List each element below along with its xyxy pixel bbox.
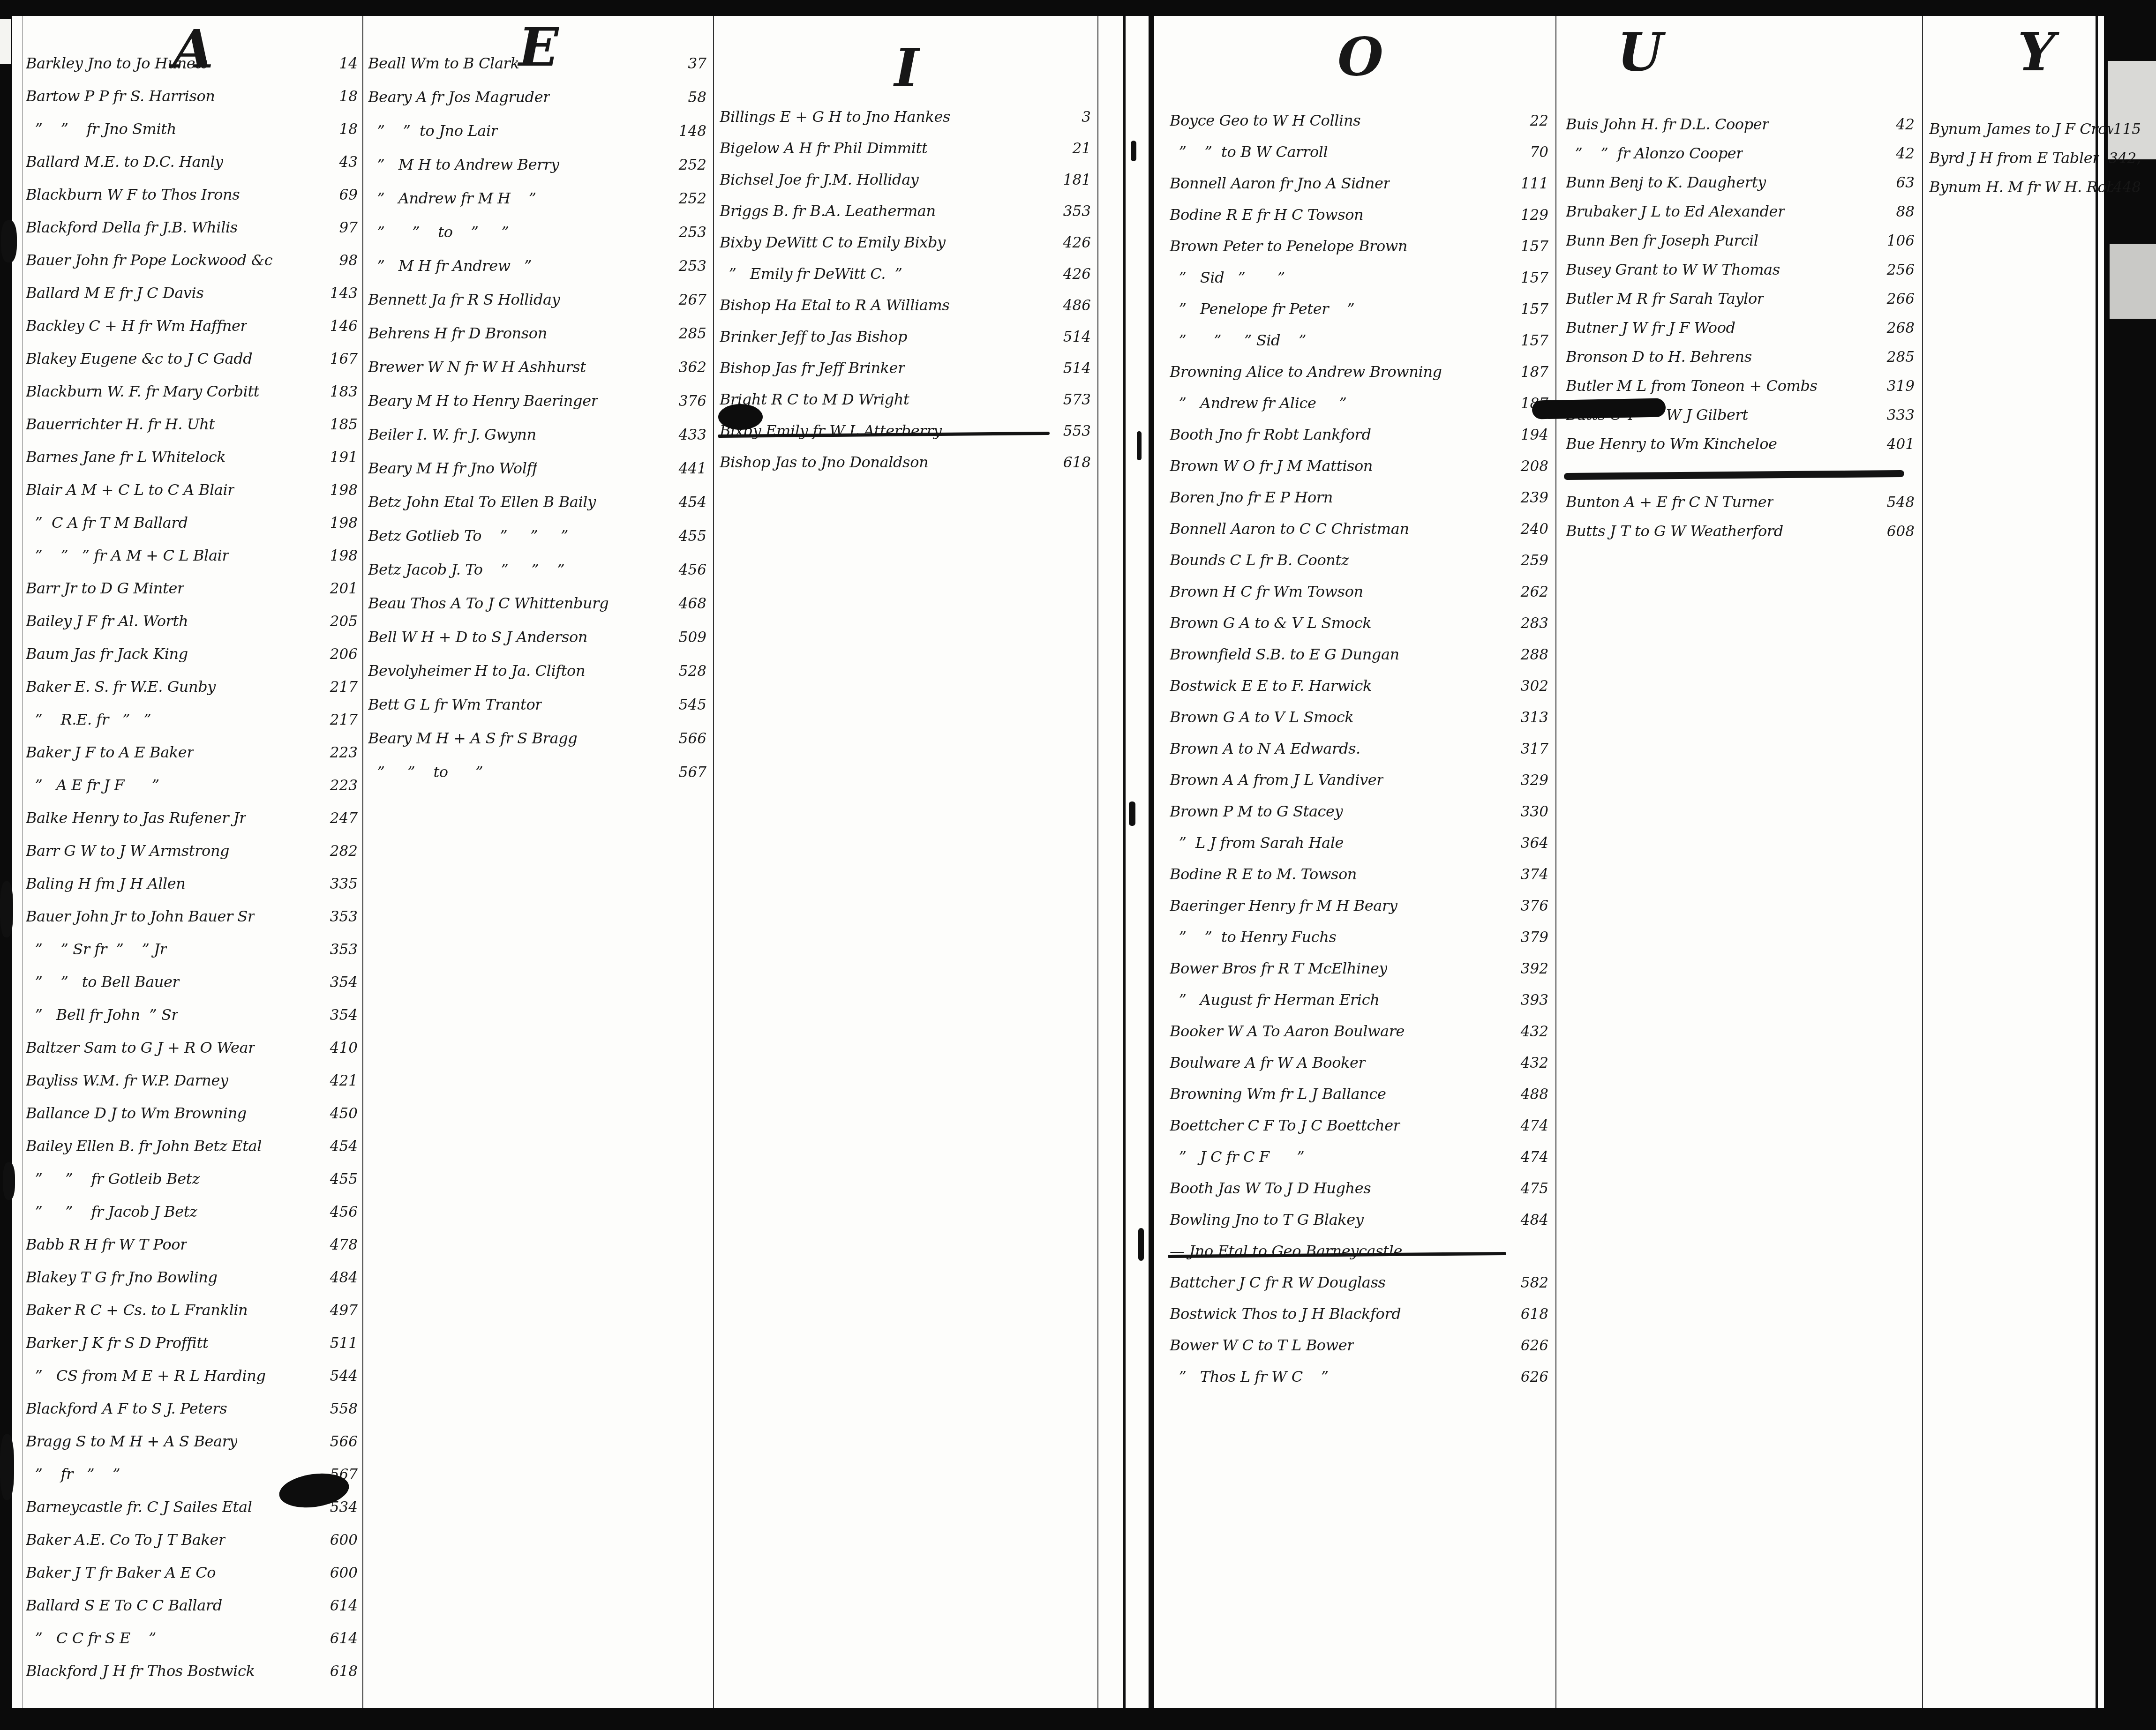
entry-page-number: 181 (1063, 172, 1095, 188)
entry-page-number: 183 (330, 383, 361, 400)
entry-page-number: 143 (330, 285, 361, 302)
entry-page-number: 478 (330, 1236, 361, 1253)
column-header-letter-u: U (1566, 22, 1970, 83)
gutter-speck (1131, 141, 1136, 161)
entry-text: Beary M H + A S fr S Bragg (368, 729, 577, 747)
entry-text: ” A E fr J F ” (26, 776, 159, 794)
index-entry: ” M H to Andrew Berry252 (368, 149, 710, 183)
entry-text: Betz John Etal To Ellen B Baily (368, 493, 596, 511)
entry-page-number: 283 (1521, 615, 1552, 632)
entry-text: Brown G A to V L Smock (1170, 708, 1353, 726)
entry-text: Beary M H to Henry Baeringer (368, 392, 598, 410)
entry-text: Beiler I. W. fr J. Gwynn (368, 426, 536, 443)
entry-page-number: 256 (1887, 262, 1918, 278)
entry-page-number: 626 (1521, 1337, 1552, 1354)
index-entry: ” ” to B W Carroll70 (1170, 136, 1552, 168)
entry-page-number: 198 (330, 482, 361, 499)
entry-page-number: 206 (330, 646, 361, 663)
index-entry: Bower W C to T L Bower626 (1170, 1330, 1552, 1361)
index-entry: Blackford A F to S J. Peters558 (26, 1393, 361, 1426)
index-entry: Booth Jas W To J D Hughes475 (1170, 1173, 1552, 1204)
index-entry: Baeringer Henry fr M H Beary376 (1170, 890, 1552, 921)
index-entry: Baker R C + Cs. to L Franklin497 (26, 1295, 361, 1327)
index-entry: Boyce Geo to W H Collins22 (1170, 105, 1552, 136)
entry-text: Blakey Eugene &c to J C Gadd (26, 350, 252, 367)
entry-page-number: 433 (679, 427, 710, 443)
scan-border-bottom (0, 1708, 2156, 1730)
entry-page-number: 468 (679, 595, 710, 612)
entry-text: ” C A fr T M Ballard (26, 514, 188, 532)
index-entry: Beary A fr Jos Magruder58 (368, 82, 710, 115)
entry-page-number: 614 (330, 1597, 361, 1614)
book-gutter-line (1149, 16, 1154, 1708)
index-entry: Blackburn W. F. fr Mary Corbitt183 (26, 376, 361, 409)
index-entry: Bigelow A H fr Phil Dimmitt21 (720, 133, 1095, 164)
index-entry: Boettcher C F To J C Boettcher474 (1170, 1110, 1552, 1141)
index-entry: Beary M H + A S fr S Bragg566 (368, 723, 710, 756)
index-entry: Blackburn W F to Thos Irons69 (26, 179, 361, 212)
entry-text: ” C C fr S E ” (26, 1629, 156, 1647)
entry-page-number: 362 (679, 359, 710, 376)
entry-page-number: 432 (1521, 1023, 1552, 1040)
index-entry: Betz Gotlieb To ” ” ”455 (368, 520, 710, 554)
entry-page-number: 618 (1521, 1306, 1552, 1323)
entry-text: Bostwick Thos to J H Blackford (1170, 1305, 1401, 1323)
entry-page-number: 194 (1521, 427, 1552, 443)
entry-page-number: 129 (1521, 207, 1552, 224)
index-entry: ” ” fr Jacob J Betz456 (26, 1196, 361, 1229)
entry-list: Boyce Geo to W H Collins22 ” ” to B W Ca… (1170, 105, 1552, 1393)
entry-text: Bigelow A H fr Phil Dimmitt (720, 139, 927, 157)
index-entry: Bishop Jas to Jno Donaldson618 (720, 447, 1095, 478)
index-entry: Buis John H. fr D.L. Cooper42 (1566, 109, 1918, 138)
entry-text: ” L J from Sarah Hale (1170, 834, 1344, 852)
entry-page-number: 319 (1887, 378, 1918, 395)
entry-page-number: 545 (679, 696, 710, 713)
entry-page-number: 313 (1521, 709, 1552, 726)
entry-page-number: 106 (1887, 232, 1918, 249)
index-entry: Baker A.E. Co To J T Baker600 (26, 1524, 361, 1557)
entry-page-number: 18 (339, 88, 361, 105)
entry-text: ” ” Sr fr ” ” Jr (26, 940, 167, 958)
entry-text: Billings E + G H to Jno Hankes (720, 108, 950, 126)
entry-text: ” ” ” Sid ” (1170, 331, 1306, 349)
entry-page-number: 253 (679, 224, 710, 241)
column-rule-line (1922, 16, 1923, 1708)
entry-text: Bayliss W.M. fr W.P. Darney (26, 1071, 228, 1089)
entry-page-number: 285 (1887, 349, 1918, 366)
entry-page-number: 474 (1521, 1149, 1552, 1166)
entry-page-number: 14 (339, 55, 361, 72)
entry-page-number: 475 (1521, 1180, 1552, 1197)
entry-page-number: 454 (330, 1138, 361, 1155)
entry-text: ” Penelope fr Peter ” (1170, 300, 1354, 318)
entry-page-number: 42 (1896, 145, 1918, 162)
entry-text: Baker J T fr Baker A E Co (26, 1564, 216, 1581)
entry-text: Bynum H. M fr W H. Roberts (1929, 178, 2113, 196)
index-entry: ” Thos L fr W C ”626 (1170, 1361, 1552, 1393)
index-entry: Bunn Ben fr Joseph Purcil106 (1566, 225, 1918, 254)
entry-page-number: 157 (1521, 332, 1552, 349)
entry-text: Bronson D to H. Behrens (1566, 348, 1752, 366)
index-entry: Baker E. S. fr W.E. Gunby217 (26, 671, 361, 704)
index-entry: ” C C fr S E ”614 (26, 1623, 361, 1655)
entry-text: Busey Grant to W W Thomas (1566, 261, 1780, 278)
index-entry: Beary M H to Henry Baeringer376 (368, 385, 710, 419)
edge-speck (1, 220, 17, 262)
index-entry: ” C A fr T M Ballard198 (26, 507, 361, 540)
entry-page-number: 514 (1063, 329, 1095, 345)
index-entry: Bonnell Aaron to C C Christman240 (1170, 513, 1552, 545)
index-entry: Byrd J H from E Tabler342, (1929, 142, 2145, 172)
index-entry: Bishop Ha Etal to R A Williams486 (720, 290, 1095, 321)
entry-text: Bonnell Aaron fr Jno A Sidner (1170, 174, 1390, 192)
column-bi: I Billings E + G H to Jno Hankes3Bigelow… (720, 16, 1095, 1708)
index-entry: Butler M L from Toneon + Combs319 (1566, 370, 1918, 399)
entry-text: Brown G A to & V L Smock (1170, 614, 1371, 632)
entry-text: Baum Jas fr Jack King (26, 645, 188, 663)
index-entry: Bynum H. M fr W H. Roberts448 (1929, 172, 2145, 201)
entry-text: Backley C + H fr Wm Haffner (26, 317, 247, 335)
entry-page-number: 191 (330, 449, 361, 466)
entry-page-number: 115 (2113, 121, 2145, 138)
entry-page-number: 217 (330, 711, 361, 728)
entry-text: ” J C fr C F ” (1170, 1148, 1304, 1166)
entry-text: Bishop Jas to Jno Donaldson (720, 453, 928, 471)
index-entry: ” ” fr Alonzo Cooper42 (1566, 138, 1918, 167)
entry-page-number: 239 (1521, 489, 1552, 506)
entry-page-number: 608 (1887, 523, 1918, 540)
index-entry: Brown A A from J L Vandiver329 (1170, 764, 1552, 796)
entry-text: Blair A M + C L to C A Blair (26, 481, 234, 499)
index-entry: Browning Alice to Andrew Browning187 (1170, 356, 1552, 388)
entry-page-number: 157 (1521, 238, 1552, 255)
book-gutter-line (1123, 16, 1126, 1708)
index-entry: — Jno Etal to Geo Barneycastle (1170, 1236, 1552, 1267)
index-entry: Brewer W N fr W H Ashhurst362 (368, 352, 710, 385)
entry-text: Betz Jacob J. To ” ” ” (368, 561, 564, 578)
index-entry: Bichsel Joe fr J.M. Holliday181 (720, 164, 1095, 195)
index-entry: Busey Grant to W W Thomas256 (1566, 254, 1918, 283)
index-entry: Butner J W fr J F Wood268 (1566, 312, 1918, 341)
entry-page-number: 88 (1896, 203, 1918, 220)
entry-text: ” ” fr Jno Smith (26, 120, 176, 138)
entry-page-number: 528 (679, 663, 710, 680)
entry-text: Ballance D J to Wm Browning (26, 1104, 247, 1122)
entry-page-number: 185 (330, 416, 361, 433)
entry-page-number: 410 (330, 1040, 361, 1056)
entry-page-number: 111 (1521, 175, 1552, 192)
column-header-letter-y: Y (1929, 22, 2145, 83)
entry-page-number: 573 (1063, 391, 1095, 408)
entry-text: ” CS from M E + R L Harding (26, 1367, 266, 1385)
entry-text: Brown W O fr J M Mattison (1170, 457, 1373, 475)
entry-text: Baker E. S. fr W.E. Gunby (26, 678, 216, 696)
entry-text: Briggs B. fr B.A. Leatherman (720, 202, 936, 220)
entry-page-number: 600 (330, 1532, 361, 1549)
entry-text: Butler M R fr Sarah Taylor (1566, 290, 1764, 307)
column-be: E Beall Wm to B Clark37Beary A fr Jos Ma… (368, 16, 710, 1708)
index-entry: Bevolyheimer H to Ja. Clifton528 (368, 655, 710, 689)
index-entry: Beiler I. W. fr J. Gwynn433 (368, 419, 710, 453)
index-entry: Bixby Emily fr W L Atterberry553 (720, 415, 1095, 447)
index-entry: Billings E + G H to Jno Hankes3 (720, 101, 1095, 133)
entry-text: Bennett Ja fr R S Holliday (368, 291, 560, 308)
entry-text: Browning Alice to Andrew Browning (1170, 363, 1442, 381)
entry-page-number: 614 (330, 1630, 361, 1647)
index-entry: Blackford Della fr J.B. Whilis97 (26, 212, 361, 245)
entry-text: Barker J K fr S D Proffitt (26, 1334, 208, 1352)
entry-page-number: 353 (1063, 203, 1095, 220)
column-rule-line (1097, 16, 1098, 1708)
entry-text: Brown H C fr Wm Towson (1170, 583, 1363, 600)
entry-page-number: 148 (679, 123, 710, 140)
entry-text: Bauerrichter H. fr H. Uht (26, 415, 215, 433)
index-entry (1566, 457, 1918, 487)
entry-text: Beary A fr Jos Magruder (368, 88, 550, 106)
entry-page-number: 98 (339, 252, 361, 269)
entry-page-number: 97 (339, 219, 361, 236)
index-entry: Baum Jas fr Jack King206 (26, 638, 361, 671)
entry-text: Bauer John Jr to John Bauer Sr (26, 907, 255, 925)
entry-text: ” ” to B W Carroll (1170, 143, 1328, 161)
entry-page-number: 456 (679, 562, 710, 578)
index-entry: Ballard S E To C C Ballard614 (26, 1590, 361, 1623)
scan-corner-notch (0, 19, 11, 64)
entry-text: Balke Henry to Jas Rufener Jr (26, 809, 246, 827)
entry-page-number: 558 (330, 1400, 361, 1417)
index-entry: Bell W H + D to S J Anderson509 (368, 622, 710, 655)
entry-text: Barnes Jane fr L Whitelock (26, 448, 225, 466)
entry-page-number: 247 (330, 810, 361, 827)
column-rule-line (713, 16, 714, 1708)
entry-text: ” Emily fr DeWitt C. ” (720, 265, 902, 283)
entry-text: Bowling Jno to T G Blakey (1170, 1211, 1364, 1228)
index-entry: Brown W O fr J M Mattison208 (1170, 450, 1552, 482)
entry-page-number: 379 (1521, 929, 1552, 946)
entry-page-number: 3 (1082, 109, 1095, 126)
index-entry: ” ” fr Jno Smith18 (26, 113, 361, 146)
index-entry: Betz John Etal To Ellen B Baily454 (368, 487, 710, 520)
index-entry: ” ” to ”567 (368, 756, 710, 790)
entry-text: ” ” to Bell Bauer (26, 973, 180, 991)
entry-page-number: 333 (1887, 407, 1918, 424)
entry-text: Bower W C to T L Bower (1170, 1336, 1354, 1354)
index-entry: ” Andrew fr Alice ”187 (1170, 388, 1552, 419)
column-header-letter-i: I (720, 37, 1095, 99)
index-entry: Bodine R E fr H C Towson129 (1170, 199, 1552, 231)
index-entry: Bauer John fr Pope Lockwood &c98 (26, 245, 361, 277)
index-entry: ” ” fr Gotleib Betz455 (26, 1163, 361, 1196)
entry-text: Blakey T G fr Jno Bowling (26, 1268, 218, 1286)
entry-page-number: 353 (330, 908, 361, 925)
index-entry: Bailey Ellen B. fr John Betz Etal454 (26, 1131, 361, 1163)
entry-text: ” Sid ” ” (1170, 269, 1285, 286)
entry-page-number: 252 (679, 157, 710, 173)
index-entry: Beary M H fr Jno Wolff441 (368, 453, 710, 487)
index-entry: Brown P M to G Stacey330 (1170, 796, 1552, 827)
entry-page-number: 567 (679, 764, 710, 781)
index-entry: Bauer John Jr to John Bauer Sr353 (26, 901, 361, 934)
entry-text: Ballard M E fr J C Davis (26, 284, 203, 302)
entry-page-number: 401 (1887, 436, 1918, 453)
index-entry: Brownfield S.B. to E G Dungan288 (1170, 639, 1552, 670)
entry-page-number: 253 (679, 258, 710, 275)
entry-text: Barr Jr to D G Minter (26, 579, 184, 597)
index-entry: Bounds C L fr B. Coontz259 (1170, 545, 1552, 576)
entry-text: Brubaker J L to Ed Alexander (1566, 202, 1785, 220)
entry-page-number: 223 (330, 777, 361, 794)
entry-page-number: 201 (330, 580, 361, 597)
entry-text: ” ” to ” (368, 763, 483, 781)
entry-text: ” ” to Henry Fuchs (1170, 928, 1337, 946)
entry-text: ” R.E. fr ” ” (26, 711, 151, 728)
index-entry: Bauerrichter H. fr H. Uht185 (26, 409, 361, 442)
entry-page-number: 450 (330, 1105, 361, 1122)
entry-text: Brownfield S.B. to E G Dungan (1170, 645, 1399, 663)
entry-text: Booker W A To Aaron Boulware (1170, 1022, 1405, 1040)
entry-page-number: 330 (1521, 803, 1552, 820)
entry-list: Billings E + G H to Jno Hankes3Bigelow A… (720, 101, 1095, 478)
entry-list: Barkley Jno to Jo Hunett14Bartow P P fr … (26, 48, 361, 1688)
index-entry: Baling H fm J H Allen335 (26, 868, 361, 901)
entry-text: Bevolyheimer H to Ja. Clifton (368, 662, 585, 680)
entry-page-number: 22 (1530, 112, 1552, 129)
column-ba: A Barkley Jno to Jo Hunett14Bartow P P f… (26, 16, 361, 1708)
entry-page-number: 484 (1521, 1212, 1552, 1228)
entry-text: ” Andrew fr M H ” (368, 189, 536, 207)
index-entry: Barkley Jno to Jo Hunett14 (26, 48, 361, 81)
entry-page-number: 582 (1521, 1274, 1552, 1291)
entry-text: Boyce Geo to W H Collins (1170, 112, 1360, 129)
index-entry: Bue Henry to Wm Kincheloe401 (1566, 428, 1918, 457)
entry-text: Blackford J H fr Thos Bostwick (26, 1662, 255, 1680)
index-entry: Bishop Jas fr Jeff Brinker514 (720, 352, 1095, 384)
entry-page-number: 198 (330, 547, 361, 564)
entry-page-number: 393 (1521, 992, 1552, 1009)
entry-text: ” Bell fr John ” Sr (26, 1006, 178, 1024)
entry-text: Bett G L fr Wm Trantor (368, 696, 542, 713)
entry-text: Bunn Ben fr Joseph Purcil (1566, 232, 1758, 249)
entry-text: Bailey Ellen B. fr John Betz Etal (26, 1137, 262, 1155)
entry-page-number: 208 (1521, 458, 1552, 475)
entry-text: Butler M L from Toneon + Combs (1566, 377, 1818, 395)
entry-text: ” fr ” ” (26, 1465, 120, 1483)
entry-text: Booth Jno fr Robt Lankford (1170, 426, 1371, 443)
column-bu: U Buis John H. fr D.L. Cooper42 ” ” fr A… (1566, 16, 1918, 1708)
index-entry: Battcher J C fr R W Douglass582 (1170, 1267, 1552, 1298)
entry-text: Brown P M to G Stacey (1170, 802, 1343, 820)
entry-text: Bodine R E fr H C Towson (1170, 206, 1363, 224)
index-entry: Blair A M + C L to C A Blair198 (26, 474, 361, 507)
index-entry: Ballance D J to Wm Browning450 (26, 1098, 361, 1131)
index-entry: Brubaker J L to Ed Alexander88 (1566, 196, 1918, 225)
index-entry: ” M H fr Andrew ”253 (368, 250, 710, 284)
margin-rule-line (23, 16, 23, 1708)
ink-smear (1532, 398, 1666, 419)
index-entry: Beau Thos A To J C Whittenburg468 (368, 588, 710, 622)
entry-text: Baker R C + Cs. to L Franklin (26, 1301, 248, 1319)
entry-page-number: 223 (330, 744, 361, 761)
entry-text: Ballard M.E. to D.C. Hanly (26, 153, 223, 171)
index-entry: Bright R C to M D Wright573 (720, 384, 1095, 415)
entry-text: Bailey J F fr Al. Worth (26, 612, 188, 630)
entry-page-number: 70 (1530, 144, 1552, 161)
entry-text: ” ” fr Alonzo Cooper (1566, 144, 1743, 162)
index-entry: Blakey T G fr Jno Bowling484 (26, 1262, 361, 1295)
entry-page-number: 262 (1521, 584, 1552, 600)
entry-text: Bauer John fr Pope Lockwood &c (26, 251, 272, 269)
entry-text: ” ” fr Gotleib Betz (26, 1170, 200, 1188)
index-entry: Bower Bros fr R T McElhiney392 (1170, 953, 1552, 984)
entry-page-number: 205 (330, 613, 361, 630)
entry-text: Bynum James to J F Crow + Bro (1929, 120, 2113, 138)
entry-text: Brown A A from J L Vandiver (1170, 771, 1383, 789)
index-entry: ” ” ” fr A M + C L Blair198 (26, 540, 361, 573)
entry-page-number: 421 (330, 1072, 361, 1089)
entry-text: Bixby DeWitt C to Emily Bixby (720, 233, 946, 251)
entry-page-number: 426 (1063, 266, 1095, 283)
entry-page-number: 432 (1521, 1055, 1552, 1071)
entry-text: Brewer W N fr W H Ashhurst (368, 358, 586, 376)
entry-page-number: 335 (330, 876, 361, 892)
entry-text: Bonnell Aaron to C C Christman (1170, 520, 1409, 538)
index-entry: Bunn Benj to K. Daugherty63 (1566, 167, 1918, 196)
index-entry: ” Andrew fr M H ”252 (368, 183, 710, 217)
index-entry: Bynum James to J F Crow + Bro115 (1929, 113, 2145, 142)
index-entry: Barr G W to J W Armstrong282 (26, 835, 361, 868)
index-entry: Brown G A to V L Smock313 (1170, 702, 1552, 733)
entry-text: Buis John H. fr D.L. Cooper (1566, 115, 1769, 133)
entry-page-number: 618 (330, 1663, 361, 1680)
index-entry: Blackford J H fr Thos Bostwick618 (26, 1655, 361, 1688)
entry-text: Butner J W fr J F Wood (1566, 319, 1735, 337)
index-entry: ” L J from Sarah Hale364 (1170, 827, 1552, 859)
entry-page-number: 58 (688, 89, 710, 106)
entry-page-number: 488 (1521, 1086, 1552, 1103)
index-entry: Bronson D to H. Behrens285 (1566, 341, 1918, 370)
entry-text: Baker J F to A E Baker (26, 743, 194, 761)
entry-page-number: 426 (1063, 234, 1095, 251)
entry-page-number: 600 (330, 1565, 361, 1581)
index-entry: Babb R H fr W T Poor478 (26, 1229, 361, 1262)
entry-text: Barneycastle fr. C J Sailes Etal (26, 1498, 252, 1516)
entry-page-number: 497 (330, 1302, 361, 1319)
entry-page-number: 268 (1887, 320, 1918, 337)
index-entry: ” A E fr J F ”223 (26, 770, 361, 802)
index-entry: ” August fr Herman Erich393 (1170, 984, 1552, 1016)
entry-page-number: 267 (679, 292, 710, 308)
ink-smudge (718, 404, 763, 430)
entry-text: Baker A.E. Co To J T Baker (26, 1531, 225, 1549)
entry-page-number: 511 (330, 1335, 361, 1352)
entry-page-number: 285 (679, 325, 710, 342)
entry-page-number: 187 (1521, 364, 1552, 381)
entry-page-number: 474 (1521, 1117, 1552, 1134)
entry-page-number: 548 (1887, 494, 1918, 511)
index-entry: ” J C fr C F ”474 (1170, 1141, 1552, 1173)
entry-page-number: 353 (330, 941, 361, 958)
index-entry: Bailey J F fr Al. Worth205 (26, 606, 361, 638)
entry-text: Bichsel Joe fr J.M. Holliday (720, 171, 919, 188)
entry-text: Babb R H fr W T Poor (26, 1236, 187, 1253)
entry-page-number: 544 (330, 1368, 361, 1385)
index-entry: Barnes Jane fr L Whitelock191 (26, 442, 361, 474)
index-entry: Briggs B. fr B.A. Leatherman353 (720, 195, 1095, 227)
entry-text: Booth Jas W To J D Hughes (1170, 1179, 1371, 1197)
entry-page-number: 455 (679, 528, 710, 545)
entry-text: Baeringer Henry fr M H Beary (1170, 897, 1397, 914)
